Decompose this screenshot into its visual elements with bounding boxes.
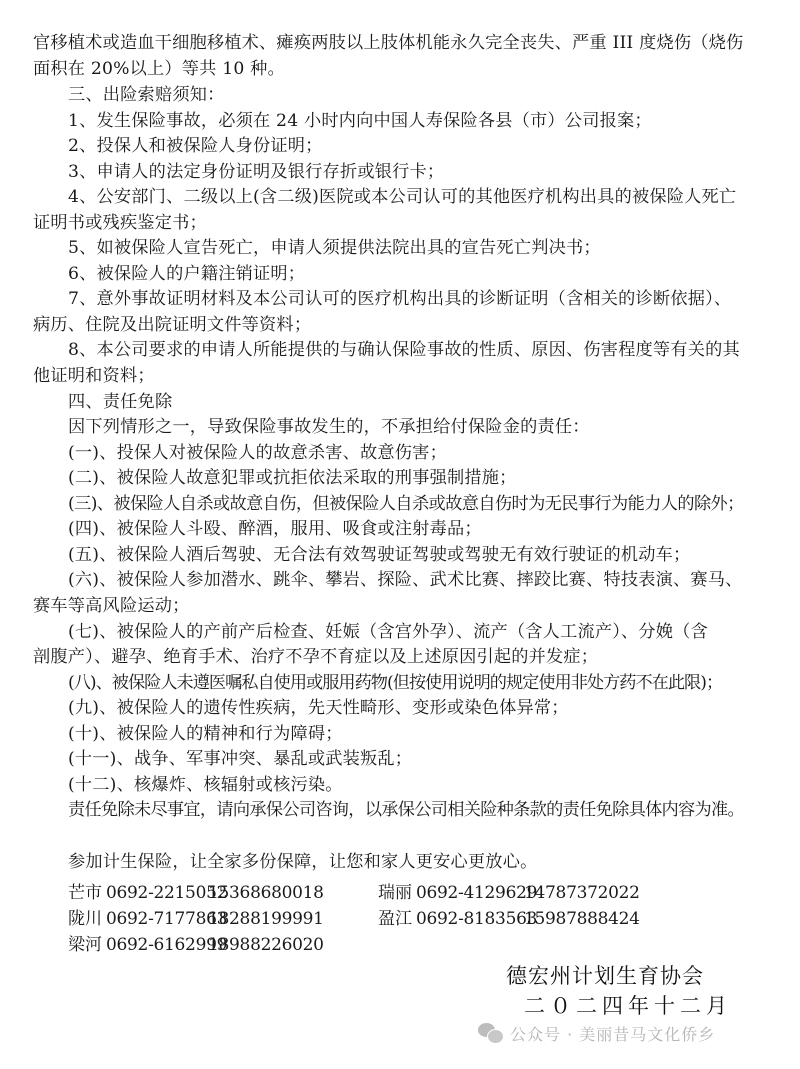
exclusions-intro: 因下列情形之一，导致保险事故发生的，不承担给付保险金的责任：	[68, 416, 590, 438]
claims-item-continuation: 他证明和资料；	[33, 365, 155, 387]
exclusion-item: (一)、投保人对被保险人的故意杀害、故意伤害；	[68, 442, 447, 464]
contact-row: 芒市0692-2215052 15368680018	[68, 882, 227, 904]
exclusion-item: (十)、被保险人的精神和行为障碍；	[68, 723, 343, 745]
contact-place: 陇川	[68, 908, 102, 930]
exclusion-item: (十一)、战争、军事冲突、暴乱或武装叛乱；	[68, 748, 412, 770]
contact-place: 芒市	[68, 882, 102, 904]
contact-row: 陇川0692-7177863 18288199991	[68, 908, 227, 930]
claims-item-continuation: 病历、住院及出院证明文件等资料；	[33, 314, 311, 336]
claims-item: 4、公安部门、二级以上(含二级)医院或本公司认可的其他医疗机构出具的被保险人死亡	[68, 186, 736, 208]
contact-place: 盈江	[378, 908, 412, 930]
claims-item: 1、发生保险事故，必须在 24 小时内向中国人寿保险各县（市）公司报案；	[68, 110, 652, 132]
contact-mobile: 15987888424	[524, 908, 640, 930]
section-heading-exclusions: 四、责任免除	[68, 391, 172, 413]
exclusion-item-continuation: 赛车等高风险运动；	[33, 595, 190, 617]
claims-item-continuation: 证明书或残疾鉴定书；	[33, 212, 207, 234]
document-page: 官移植术或造血干细胞移植术、瘫痪两肢以上肢体机能永久完全丧失、严重 III 度烧…	[0, 0, 800, 1069]
exclusion-item: (三)、被保险人自杀或故意自伤，但被保险人自杀或故意自伤时为无民事行为能力人的除…	[68, 493, 744, 515]
exclusion-item: (五)、被保险人酒后驾驶、无合法有效驾驶证驾驶或驾驶无有效行驶证的机动车；	[68, 544, 690, 566]
exclusion-item: (四)、被保险人斗殴、醉酒，服用、吸食或注射毒品；	[68, 518, 482, 540]
exclusion-item: (六)、被保险人参加潜水、跳伞、攀岩、探险、武术比赛、摔跤比赛、特技表演、赛马、	[68, 569, 743, 591]
watermark-text: 公众号 · 美丽昔马文化侨乡	[510, 1022, 715, 1045]
signature-date: 二０二四年十二月	[524, 993, 732, 1019]
slogan: 参加计生保险，让全家多份保障，让您和家人更安心更放心。	[68, 851, 537, 873]
exclusion-item: (十二)、核爆炸、核辐射或核污染。	[68, 774, 343, 796]
exclusion-item: (七)、被保险人的产前产后检查、妊娠（含宫外孕）、流产（含人工流产）、分娩（含	[68, 621, 708, 643]
exclusions-closing: 责任免除未尽事宜，请向承保公司咨询，以承保公司相关险种条款的责任免除具体内容为准…	[68, 799, 744, 821]
claims-item: 2、投保人和被保险人身份证明；	[68, 135, 323, 157]
contact-place: 瑞丽	[378, 882, 412, 904]
contact-row: 瑞丽0692-4129629 14787372022	[378, 882, 537, 904]
exclusion-item-continuation: 剖腹产）、避孕、绝育手术、治疗不孕不育症以及上述原因引起的并发症；	[33, 646, 598, 668]
contact-mobile: 18288199991	[208, 908, 324, 930]
contact-row: 盈江0692-8183563 15987888424	[378, 908, 537, 930]
contact-mobile: 15368680018	[208, 882, 324, 904]
wechat-watermark: 公众号 · 美丽昔马文化侨乡	[478, 1020, 715, 1046]
contact-row: 梁河0692-6162999 18988226020	[68, 934, 227, 956]
claims-item: 8、本公司要求的申请人所能提供的与确认保险事故的性质、原因、伤害程度等有关的其	[68, 339, 740, 361]
contact-phone: 0692-8183563	[416, 908, 537, 930]
contact-mobile: 18988226020	[208, 934, 324, 956]
exclusion-item: (八)、被保险人未遵医嘱私自使用或服用药物(但按使用说明的规定使用非处方药不在此…	[68, 672, 722, 694]
signature-organization: 德宏州计划生育协会	[506, 963, 704, 989]
claims-item: 6、被保险人的户籍注销证明；	[68, 263, 305, 285]
claims-item: 5、如被保险人宣告死亡，申请人须提供法院出具的宣告死亡判决书；	[68, 237, 601, 259]
contact-place: 梁河	[68, 934, 102, 956]
section-heading-claims: 三、出险索赔须知：	[68, 84, 225, 106]
intro-line: 官移植术或造血干细胞移植术、瘫痪两肢以上肢体机能永久完全丧失、严重 III 度烧…	[33, 32, 743, 54]
intro-line: 面积在 20%以上）等共 10 种。	[33, 58, 285, 80]
claims-item: 7、意外事故证明材料及本公司认可的医疗机构出具的诊断证明（含相关的诊断依据）、	[68, 288, 731, 310]
claims-item: 3、申请人的法定身份证明及银行存折或银行卡；	[68, 161, 444, 183]
contact-mobile: 14787372022	[524, 882, 640, 904]
exclusion-item: (九)、被保险人的遗传性疾病，先天性畸形、变形或染色体异常；	[68, 697, 569, 719]
wechat-icon	[478, 1022, 504, 1044]
exclusion-item: (二)、被保险人故意犯罪或抗拒依法采取的刑事强制措施；	[68, 467, 517, 489]
contact-phone: 0692-4129629	[416, 882, 537, 904]
